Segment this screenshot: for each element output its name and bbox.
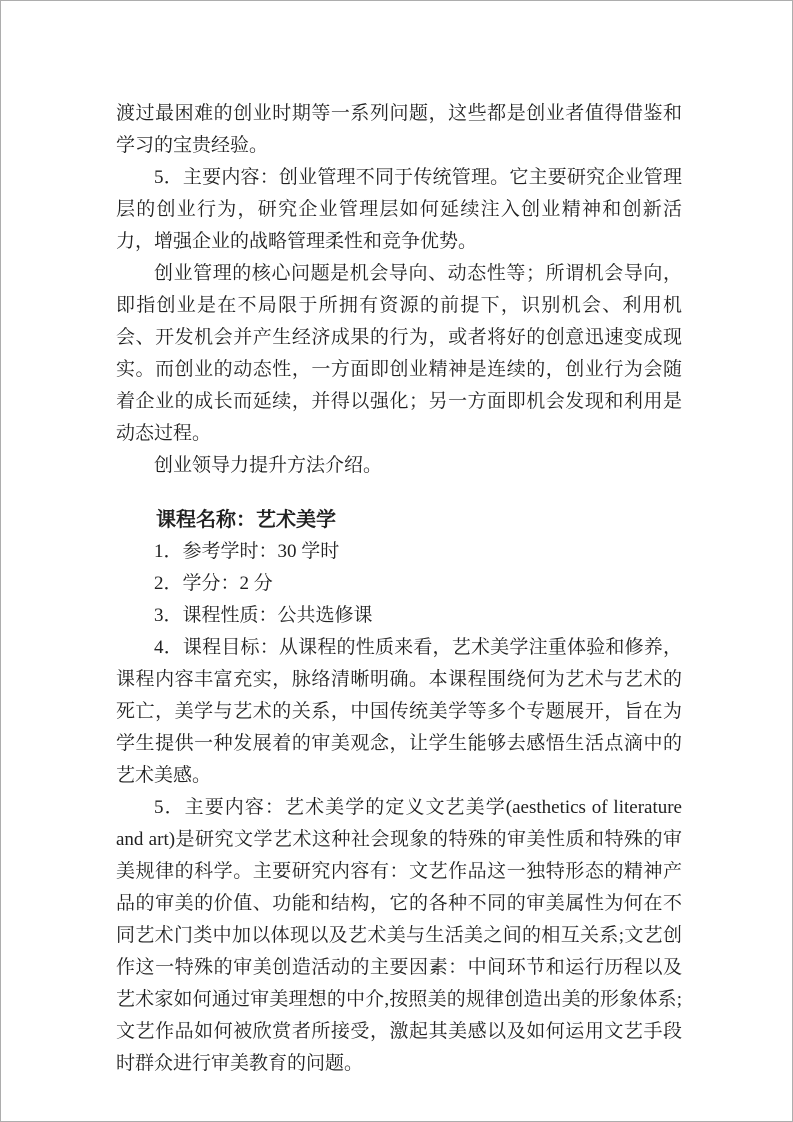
para-leadership-intro: 创业领导力提升方法介绍。 <box>116 450 682 482</box>
document-content: 渡过最困难的创业时期等一系列问题，这些都是创业者值得借鉴和学习的宝贵经验。 5．… <box>116 98 682 1080</box>
para-main-content-art-aesthetics: 5．主要内容：艺术美学的定义文艺美学(aesthetics of literat… <box>116 792 682 1080</box>
list-item-credits: 2．学分：2 分 <box>116 568 682 600</box>
list-item-course-type: 3．课程性质：公共选修课 <box>116 600 682 632</box>
para-continuation: 渡过最困难的创业时期等一系列问题，这些都是创业者值得借鉴和学习的宝贵经验。 <box>116 98 682 162</box>
document-page: { "page": { "background_color": "#ffffff… <box>0 0 793 1122</box>
para-main-content-entrepreneurship: 5．主要内容：创业管理不同于传统管理。它主要研究企业管理层的创业行为，研究企业管… <box>116 162 682 258</box>
para-course-objectives: 4．课程目标：从课程的性质来看，艺术美学注重体验和修养，课程内容丰富充实，脉络清… <box>116 632 682 792</box>
list-item-reference-hours: 1．参考学时：30 学时 <box>116 536 682 568</box>
para-core-issues: 创业管理的核心问题是机会导向、动态性等；所谓机会导向，即指创业是在不局限于所拥有… <box>116 258 682 450</box>
course-name-heading: 课程名称：艺术美学 <box>116 504 682 536</box>
